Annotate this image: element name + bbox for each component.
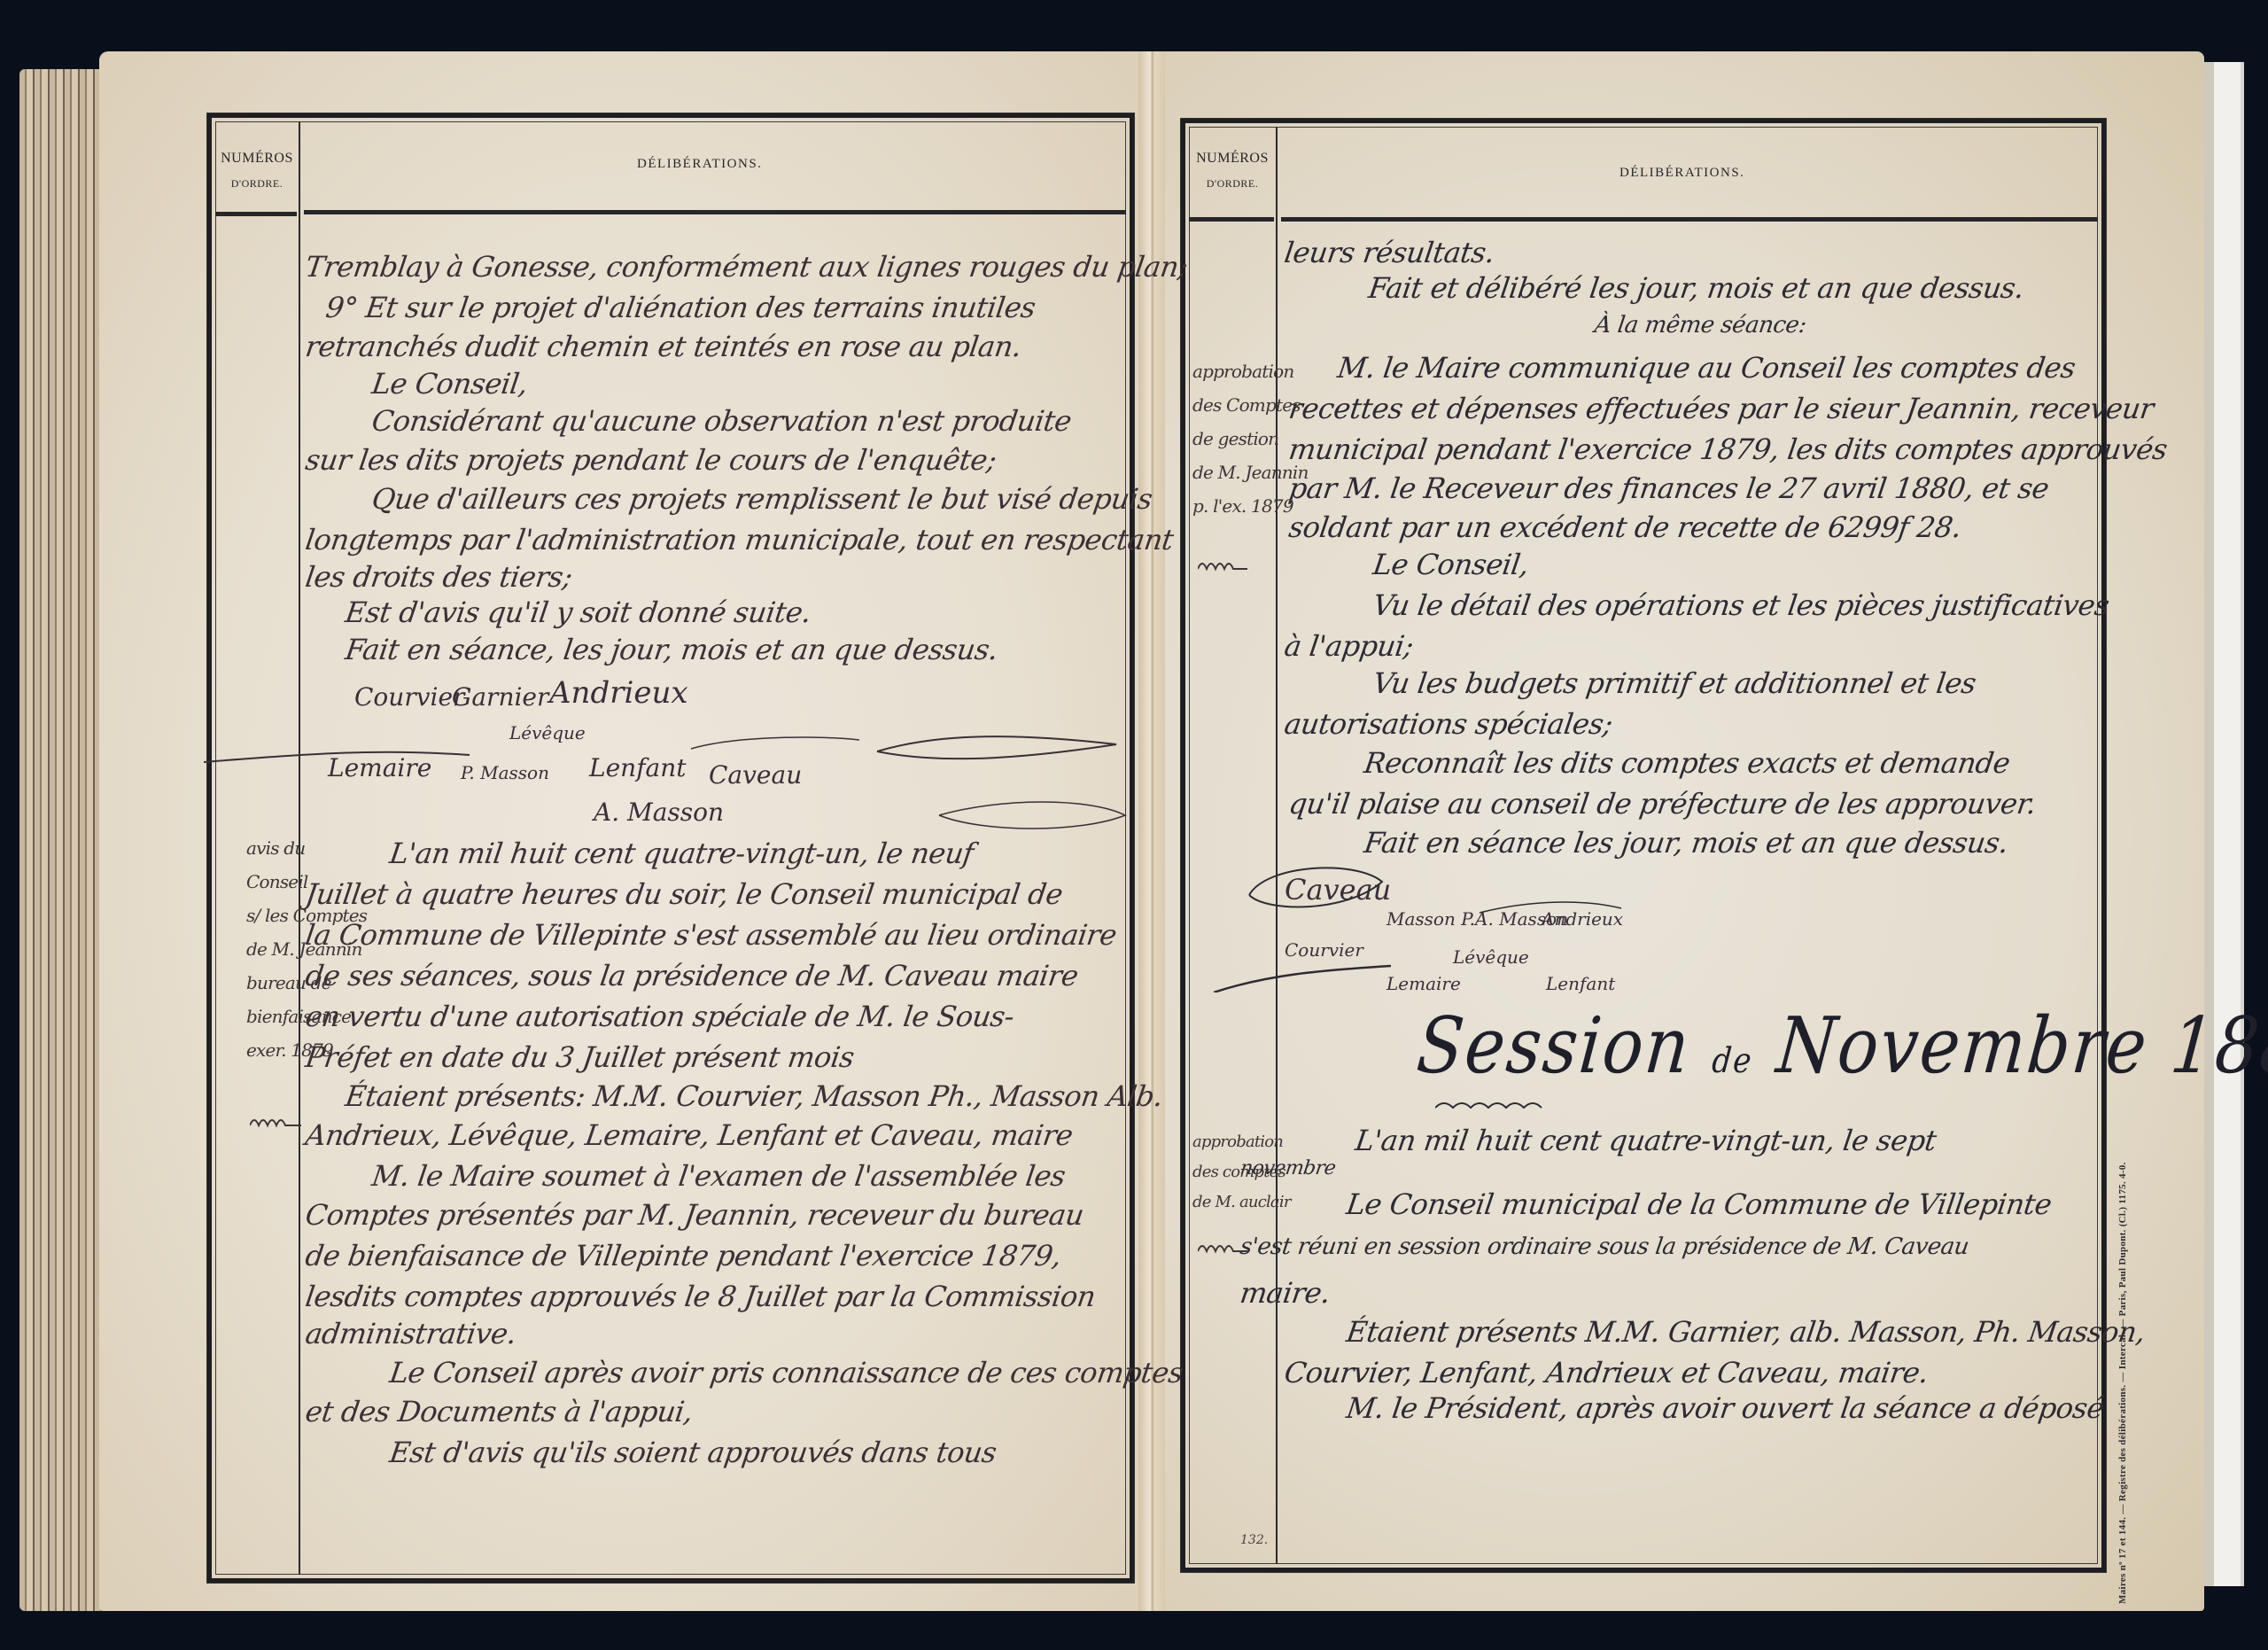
handwritten-line: Que d'ailleurs ces projets remplissent l… — [369, 482, 1154, 516]
margin-note: approbation des Comptes de gestion de M.… — [1192, 354, 1309, 523]
handwritten-line: Andrieux, Lévêque, Lemaire, Lenfant et C… — [303, 1118, 1075, 1152]
handwritten-line: à l'appui; — [1282, 629, 1415, 663]
right-page-stack-edge — [2202, 62, 2244, 1586]
margin-note-line: exer. 1879 — [246, 1033, 367, 1067]
margin-note-line: de M. auclair — [1192, 1187, 1291, 1218]
session-heading: Session de Novembre 1881. — [1413, 1000, 2268, 1090]
handwritten-line: municipal pendant l'exercice 1879, les d… — [1286, 432, 2169, 466]
signature-flourish — [204, 673, 1134, 851]
session-word: de — [1711, 1040, 1755, 1081]
margin-note-line: des comptes — [1192, 1157, 1291, 1187]
handwritten-line: soldant par un excédent de recette de 62… — [1286, 510, 1963, 544]
handwritten-line: Fait et délibéré les jour, mois et an qu… — [1366, 271, 2026, 305]
header-rule — [1189, 217, 1274, 222]
printer-imprint: Maires nº 17 et 144. — Registre des déli… — [2117, 1162, 2128, 1604]
column-header-deliberations: DÉLIBÉRATIONS. — [1619, 166, 1744, 181]
handwritten-line: autorisations spéciales; — [1282, 707, 1614, 741]
header-rule — [304, 210, 1126, 214]
column-header-numeros: NUMÉROS D'ORDRE. — [1189, 152, 1276, 189]
handwritten-line: Tremblay à Gonesse, conformément aux lig… — [303, 250, 1190, 284]
handwritten-line: lesdits comptes approuvés le 8 Juillet p… — [303, 1280, 1097, 1313]
handwritten-line: L'an mil huit cent quatre-vingt-un, le s… — [1353, 1124, 1938, 1157]
handwritten-line: Est d'avis qu'ils soient approuvés dans … — [387, 1436, 998, 1469]
handwritten-line: M. le Maire soumet à l'examen de l'assem… — [369, 1159, 1067, 1193]
margin-note-line: de M. Jeannin — [246, 932, 367, 966]
handwritten-line: sur les dits projets pendant le cours de… — [303, 443, 998, 477]
handwritten-line: de ses séances, sous la présidence de M.… — [303, 959, 1080, 992]
margin-note-line: de M. Jeannin — [1192, 455, 1309, 489]
left-page-stack-edge — [19, 69, 101, 1611]
handwritten-line: qu'il plaise au conseil de préfecture de… — [1286, 787, 2038, 821]
handwritten-line: Le Conseil, — [369, 367, 530, 401]
signature-flourish — [1214, 860, 2100, 992]
handwritten-line: en vertu d'une autorisation spéciale de … — [303, 1000, 1016, 1033]
margin-note-line: p. l'ex. 1879 — [1192, 489, 1309, 523]
margin-note-line: s/ les Comptes — [246, 899, 367, 932]
session-word: Novembre 1881. — [1774, 1000, 2268, 1090]
handwritten-line: L'an mil huit cent quatre-vingt-un, le n… — [387, 837, 975, 870]
handwritten-line: maire. — [1238, 1276, 1332, 1310]
handwritten-line: Fait en séance les jour, mois et an que … — [1362, 826, 2010, 860]
margin-note-line: bureau de — [246, 966, 367, 1000]
handwritten-line: Le Conseil municipal de la Commune de Vi… — [1344, 1187, 2054, 1221]
handwritten-line: Préfet en date du 3 Juillet présent mois — [303, 1040, 856, 1074]
margin-note: approbation des comptes de M. auclair — [1192, 1127, 1291, 1218]
margin-squiggle — [250, 1113, 303, 1131]
column-divider — [1276, 127, 1278, 1564]
margin-note-line: avis du — [246, 831, 367, 865]
handwritten-line: recettes et dépenses effectuées par le s… — [1286, 392, 2155, 425]
handwritten-line: Étaient présents: M.M. Courvier, Masson … — [343, 1079, 1165, 1113]
handwritten-line: de bienfaisance de Villepinte pendant l'… — [303, 1239, 1063, 1273]
heading-underline-squiggle — [1435, 1099, 1559, 1117]
column-header-numeros: NUMÉROS D'ORDRE. — [215, 152, 299, 189]
margin-note: avis du Conseil s/ les Comptes de M. Jea… — [246, 831, 367, 1067]
handwritten-line: Fait en séance, les jour, mois et an que… — [343, 633, 999, 666]
handwritten-line: Est d'avis qu'il y soit donné suite. — [343, 595, 812, 629]
handwritten-line: et des Documents à l'appui, — [303, 1395, 695, 1428]
session-word: Session — [1413, 1000, 1694, 1090]
handwritten-line: longtemps par l'administration municipal… — [303, 523, 1175, 556]
handwritten-line: administrative. — [303, 1317, 518, 1350]
handwritten-line: Le Conseil, — [1371, 548, 1531, 581]
margin-note-line: approbation — [1192, 1127, 1291, 1157]
handwritten-line: Juillet à quatre heures du soir, le Cons… — [303, 877, 1064, 911]
handwritten-line: les droits des tiers; — [303, 560, 574, 594]
margin-note-line: de gestion — [1192, 422, 1309, 455]
margin-note-line: des Comptes — [1192, 388, 1309, 422]
handwritten-line: M. le Président, après avoir ouvert la s… — [1344, 1391, 2106, 1425]
handwritten-line: Considérant qu'aucune observation n'est … — [369, 404, 1073, 438]
folio-number: 132. — [1240, 1533, 1268, 1547]
column-header-deliberations: DÉLIBÉRATIONS. — [637, 157, 762, 172]
header-dordre: D'ORDRE. — [1189, 178, 1276, 189]
header-rule — [215, 212, 297, 216]
handwritten-line: M. le Maire communique au Conseil les co… — [1335, 351, 2078, 385]
handwritten-line: Étaient présents M.M. Garnier, alb. Mass… — [1344, 1315, 2147, 1349]
header-numeros: NUMÉROS — [1189, 152, 1276, 166]
header-numeros: NUMÉROS — [215, 152, 299, 166]
handwritten-line: À la même séance: — [1593, 312, 1808, 339]
handwritten-line: Courvier, Lenfant, Andrieux et Caveau, m… — [1282, 1356, 1930, 1389]
handwritten-line: 9° Et sur le projet d'aliénation des ter… — [323, 291, 1037, 324]
handwritten-line: leurs résultats. — [1282, 236, 1496, 269]
handwritten-line: Comptes présentés par M. Jeannin, receve… — [303, 1198, 1085, 1232]
handwritten-line: Le Conseil après avoir pris connaissance… — [387, 1356, 1184, 1389]
handwritten-line: Vu le détail des opérations et les pièce… — [1371, 588, 2111, 622]
header-rule — [1281, 217, 2098, 222]
handwritten-line: la Commune de Villepinte s'est assemblé … — [303, 918, 1118, 952]
header-dordre: D'ORDRE. — [215, 178, 299, 189]
margin-note-line: bienfaisance — [246, 1000, 367, 1033]
handwritten-line: Vu les budgets primitif et additionnel e… — [1371, 666, 1977, 700]
handwritten-line: par M. le Receveur des finances le 27 av… — [1286, 471, 2051, 505]
handwritten-line: s'est réuni en session ordinaire sous la… — [1239, 1234, 1970, 1260]
margin-squiggle — [1198, 556, 1251, 574]
margin-squiggle — [1198, 1239, 1251, 1257]
margin-note-line: approbation — [1192, 354, 1309, 388]
margin-note-line: Conseil — [246, 865, 367, 899]
handwritten-line: retranchés dudit chemin et teintés en ro… — [303, 330, 1023, 363]
handwritten-line: Reconnaît les dits comptes exacts et dem… — [1362, 746, 2012, 780]
